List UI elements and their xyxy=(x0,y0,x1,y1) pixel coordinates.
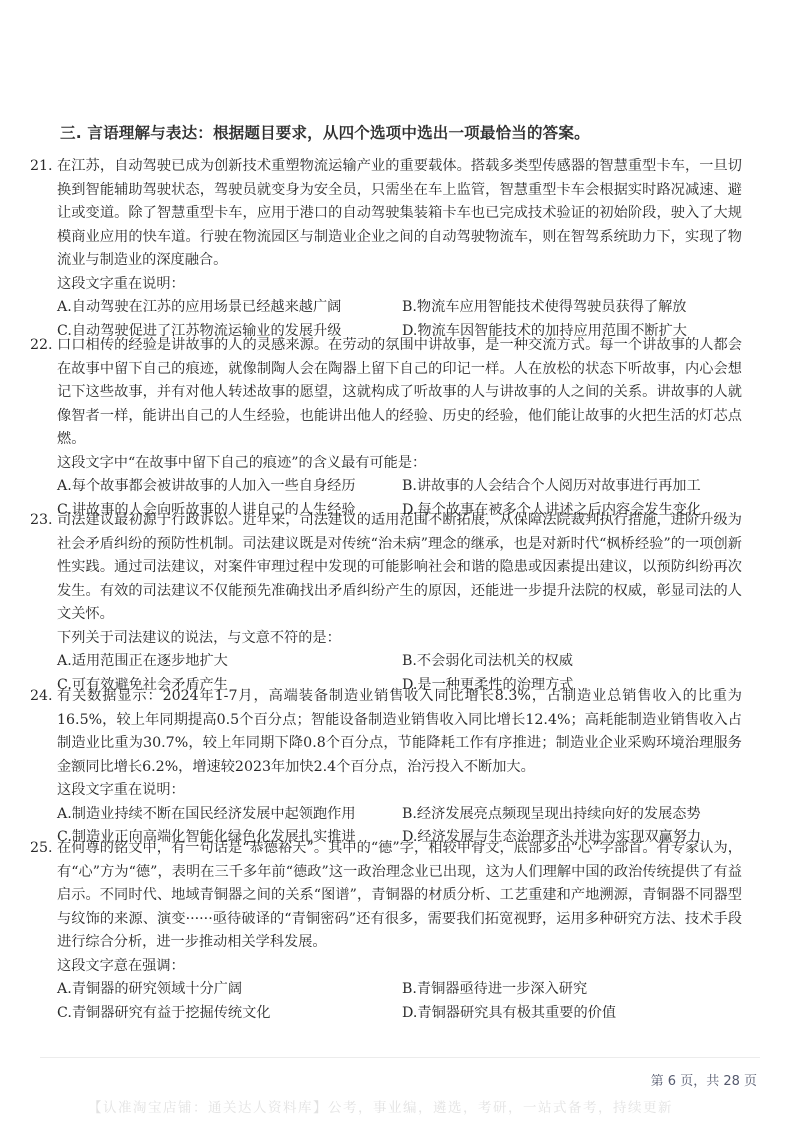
question-prompt: 这段文字重在说明： xyxy=(30,273,742,297)
footer-divider xyxy=(40,1057,760,1058)
option-c[interactable]: C.青铜器研究有益于挖掘传统文化 xyxy=(57,1002,402,1026)
question-prompt: 这段文字重在说明： xyxy=(30,779,742,803)
question-stem: 23. 司法建议最初源于行政诉讼。近年来，司法建议的适用范围不断拓展，从保障法院… xyxy=(30,509,742,627)
question-prompt: 下列关于司法建议的说法，与文意不符的是： xyxy=(30,627,742,651)
options-grid: A.青铜器的研究领域十分广阔 B.青铜器亟待进一步深入研究 C.青铜器研究有益于… xyxy=(30,978,742,1025)
question-stem: 25. 在何尊的铭文中，有一句话是“恭德裕天”。其中的“德”字，相较甲骨文，底部… xyxy=(30,837,742,955)
option-a[interactable]: A.每个故事都会被讲故事的人加入一些自身经历 xyxy=(57,475,402,499)
question-text: 口口相传的经验是讲故事的人的灵感来源。在劳动的氛围中讲故事，是一种交流方式。每一… xyxy=(57,337,742,447)
question-prompt: 这段文字意在强调： xyxy=(30,955,742,979)
question-25: 25. 在何尊的铭文中，有一句话是“恭德裕天”。其中的“德”字，相较甲骨文，底部… xyxy=(30,837,742,1025)
question-number: 21. xyxy=(30,155,53,179)
question-21: 21. 在江苏，自动驾驶已成为创新技术重塑物流运输产业的重要载体。搭载多类型传感… xyxy=(30,155,742,343)
question-22: 22. 口口相传的经验是讲故事的人的灵感来源。在劳动的氛围中讲故事，是一种交流方… xyxy=(30,334,742,522)
question-stem: 24. 有关数据显示：2024年1-7月，高端装备制造业销售收入同比增长8.3%… xyxy=(30,685,742,779)
question-text: 在何尊的铭文中，有一句话是“恭德裕天”。其中的“德”字，相较甲骨文，底部多出“心… xyxy=(57,840,742,950)
option-a[interactable]: A.自动驾驶在江苏的应用场景已经越来越广阔 xyxy=(57,296,402,320)
question-23: 23. 司法建议最初源于行政诉讼。近年来，司法建议的适用范围不断拓展，从保障法院… xyxy=(30,509,742,697)
question-number: 23. xyxy=(30,509,53,533)
question-stem: 22. 口口相传的经验是讲故事的人的灵感来源。在劳动的氛围中讲故事，是一种交流方… xyxy=(30,334,742,452)
question-number: 24. xyxy=(30,685,53,709)
question-text: 司法建议最初源于行政诉讼。近年来，司法建议的适用范围不断拓展，从保障法院裁判执行… xyxy=(57,512,742,622)
option-b[interactable]: B.青铜器亟待进一步深入研究 xyxy=(402,978,742,1002)
page-indicator: 第 6 页，共 28 页 xyxy=(651,1070,757,1089)
section-heading: 三. 言语理解与表达：根据题目要求，从四个选项中选出一项最恰当的答案。 xyxy=(60,121,590,143)
option-b[interactable]: B.不会弱化司法机关的权威 xyxy=(402,650,742,674)
question-text: 有关数据显示：2024年1-7月，高端装备制造业销售收入同比增长8.3%，占制造… xyxy=(57,688,742,775)
option-b[interactable]: B.经济发展亮点频现呈现出持续向好的发展态势 xyxy=(402,803,742,827)
option-a[interactable]: A.制造业持续不断在国民经济发展中起领跑作用 xyxy=(57,803,402,827)
exam-page: 三. 言语理解与表达：根据题目要求，从四个选项中选出一项最恰当的答案。 21. … xyxy=(0,0,800,1132)
question-stem: 21. 在江苏，自动驾驶已成为创新技术重塑物流运输产业的重要载体。搭载多类型传感… xyxy=(30,155,742,273)
question-prompt: 这段文字中“在故事中留下自己的痕迹”的含义最有可能是： xyxy=(30,452,742,476)
option-b[interactable]: B.讲故事的人会结合个人阅历对故事进行再加工 xyxy=(402,475,742,499)
question-text: 在江苏，自动驾驶已成为创新技术重塑物流运输产业的重要载体。搭载多类型传感器的智慧… xyxy=(57,158,742,268)
option-a[interactable]: A.适用范围正在逐步地扩大 xyxy=(57,650,402,674)
question-24: 24. 有关数据显示：2024年1-7月，高端装备制造业销售收入同比增长8.3%… xyxy=(30,685,742,850)
option-d[interactable]: D.青铜器研究具有极其重要的价值 xyxy=(402,1002,742,1026)
watermark-text: 【认准淘宝店铺：通关达人资料库】公考，事业编，遴选，考研，一站式备考，持续更新 xyxy=(88,1096,673,1116)
option-a[interactable]: A.青铜器的研究领域十分广阔 xyxy=(57,978,402,1002)
question-number: 25. xyxy=(30,837,53,861)
question-number: 22. xyxy=(30,334,53,358)
option-b[interactable]: B.物流车应用智能技术使得驾驶员获得了解放 xyxy=(402,296,742,320)
